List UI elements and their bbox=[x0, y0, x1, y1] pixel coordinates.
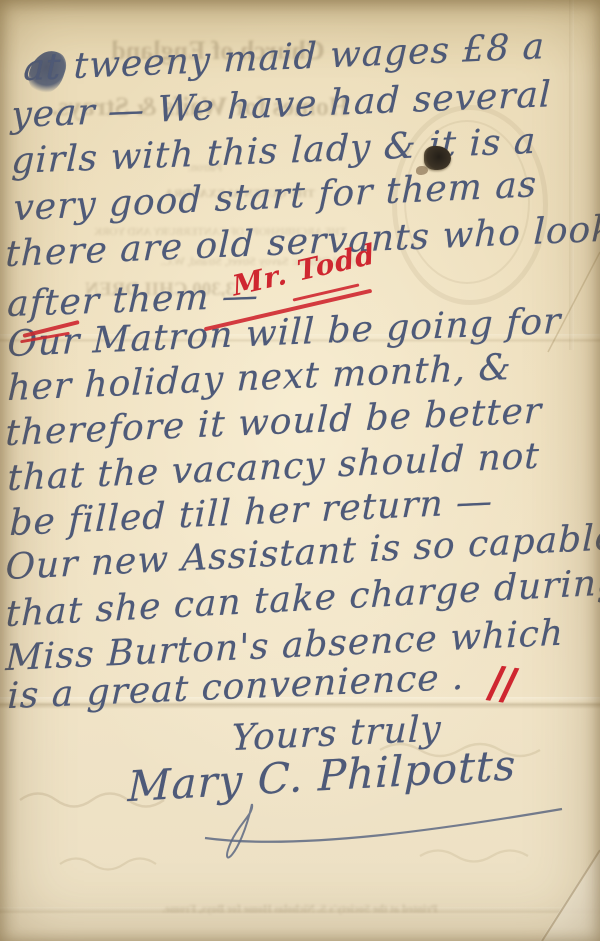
letter-page: Church of England Homes for Waifs & Stra… bbox=[0, 0, 600, 941]
signature-descender-loop bbox=[227, 804, 252, 858]
vertical-crease bbox=[569, 0, 574, 350]
signature: Mary C. Philpotts bbox=[127, 740, 516, 811]
signature-flourish bbox=[205, 809, 562, 842]
red-double-slash-mark: // bbox=[485, 656, 518, 710]
paper-hole-spot bbox=[424, 146, 451, 170]
bleedthrough-printer-line: Printed at the Society's S. Nicholas Hom… bbox=[90, 903, 510, 915]
corner-fold bbox=[540, 848, 600, 941]
